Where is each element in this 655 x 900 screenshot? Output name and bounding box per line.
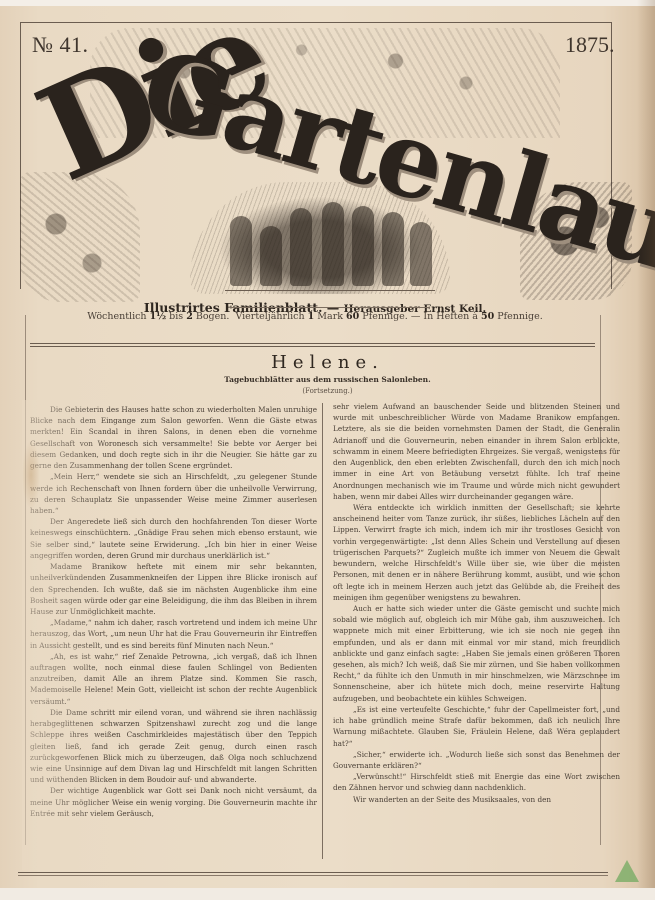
subscription-pricing: Wöchentlich 1½ bis 2 Bogen. Vierteljährl…: [20, 311, 610, 322]
figure-icon: [352, 206, 374, 286]
quarterly-label: Vierteljährlich: [235, 311, 304, 322]
weekly-amount: 1½: [150, 311, 167, 322]
paragraph: Auch er hatte sich wieder unter die Gäst…: [333, 603, 620, 704]
paragraph: Der Angeredete ließ sich durch den hochf…: [30, 516, 317, 561]
issues-price: 50: [481, 311, 494, 322]
paragraph: „Verwünscht!“ Hirschfeldt stieß mit Ener…: [333, 771, 620, 793]
weekly-max: 2: [186, 311, 193, 322]
scan-bottom-edge: [0, 888, 655, 900]
paper-stain: [22, 440, 40, 510]
weekly-unit: Bogen.: [196, 311, 230, 322]
paragraph: „Madame,“ nahm ich daher, rasch vortrete…: [30, 617, 317, 651]
quarterly-mark: 1: [308, 311, 315, 322]
figure-icon: [230, 216, 252, 286]
footer-double-rule: [18, 872, 608, 876]
newspaper-page: № 41. 1875. Die Gartenlaube. Illustrirte…: [0, 0, 655, 900]
quarterly-pfennig: 60: [346, 311, 359, 322]
price-separator: —: [411, 311, 421, 322]
paragraph: Madame Branikow heftete mit einem mir se…: [30, 561, 317, 617]
article-subtitle: Tagebuchblätter aus dem russischen Salon…: [0, 375, 655, 384]
right-column: sehr vielem Aufwand an bauschender Seide…: [333, 401, 620, 805]
weekly-to: bis: [169, 311, 183, 322]
issue-year: 1875.: [565, 32, 615, 58]
header-double-rule: [30, 343, 595, 347]
paragraph: Wéra entdeckte ich wirklich inmitten der…: [333, 502, 620, 603]
binding-shadow: [637, 0, 655, 900]
article-title: Helene.: [0, 352, 655, 373]
figure-icon: [410, 222, 432, 286]
paragraph: „Sicher,“ erwiderte ich. „Wodurch ließe …: [333, 749, 620, 771]
paragraph: Der wichtige Augenblick war Gott sei Dan…: [30, 785, 317, 819]
library-stamp-icon: [615, 860, 639, 882]
masthead-rule: [225, 290, 435, 291]
paragraph: Die Dame schritt mir eilend voran, und w…: [30, 707, 317, 786]
left-column: Die Gebieterin des Hauses hatte schon zu…: [30, 404, 317, 819]
paragraph: „Ah, es ist wahr,“ rief Zenaïde Petrowna…: [30, 651, 317, 707]
issues-unit: Pfennige.: [497, 311, 543, 322]
tagline-underline: [230, 307, 430, 308]
continuation-note: (Fortsetzung.): [0, 387, 655, 395]
paragraph: Wir wanderten an der Seite des Musiksaal…: [333, 794, 620, 805]
figure-icon: [290, 208, 312, 286]
figure-icon: [260, 226, 282, 286]
masthead: № 41. 1875. Die Gartenlaube. Illustrirte…: [20, 22, 632, 312]
issues-label: In Heften à: [423, 311, 478, 322]
figure-icon: [382, 212, 404, 286]
pfennig-label: Pfennige.: [362, 311, 408, 322]
mark-label: Mark: [317, 311, 343, 322]
scan-top-edge: [0, 0, 655, 6]
weekly-label: Wöchentlich: [87, 311, 146, 322]
figure-icon: [322, 202, 344, 286]
paragraph: „Es ist eine verteufelte Geschichte,“ fu…: [333, 704, 620, 749]
paragraph: sehr vielem Aufwand an bauschender Seide…: [333, 401, 620, 502]
paragraph: „Mein Herr,“ wendete sie sich an Hirschf…: [30, 471, 317, 516]
paragraph: Die Gebieterin des Hauses hatte schon zu…: [30, 404, 317, 471]
column-divider: [322, 403, 323, 859]
